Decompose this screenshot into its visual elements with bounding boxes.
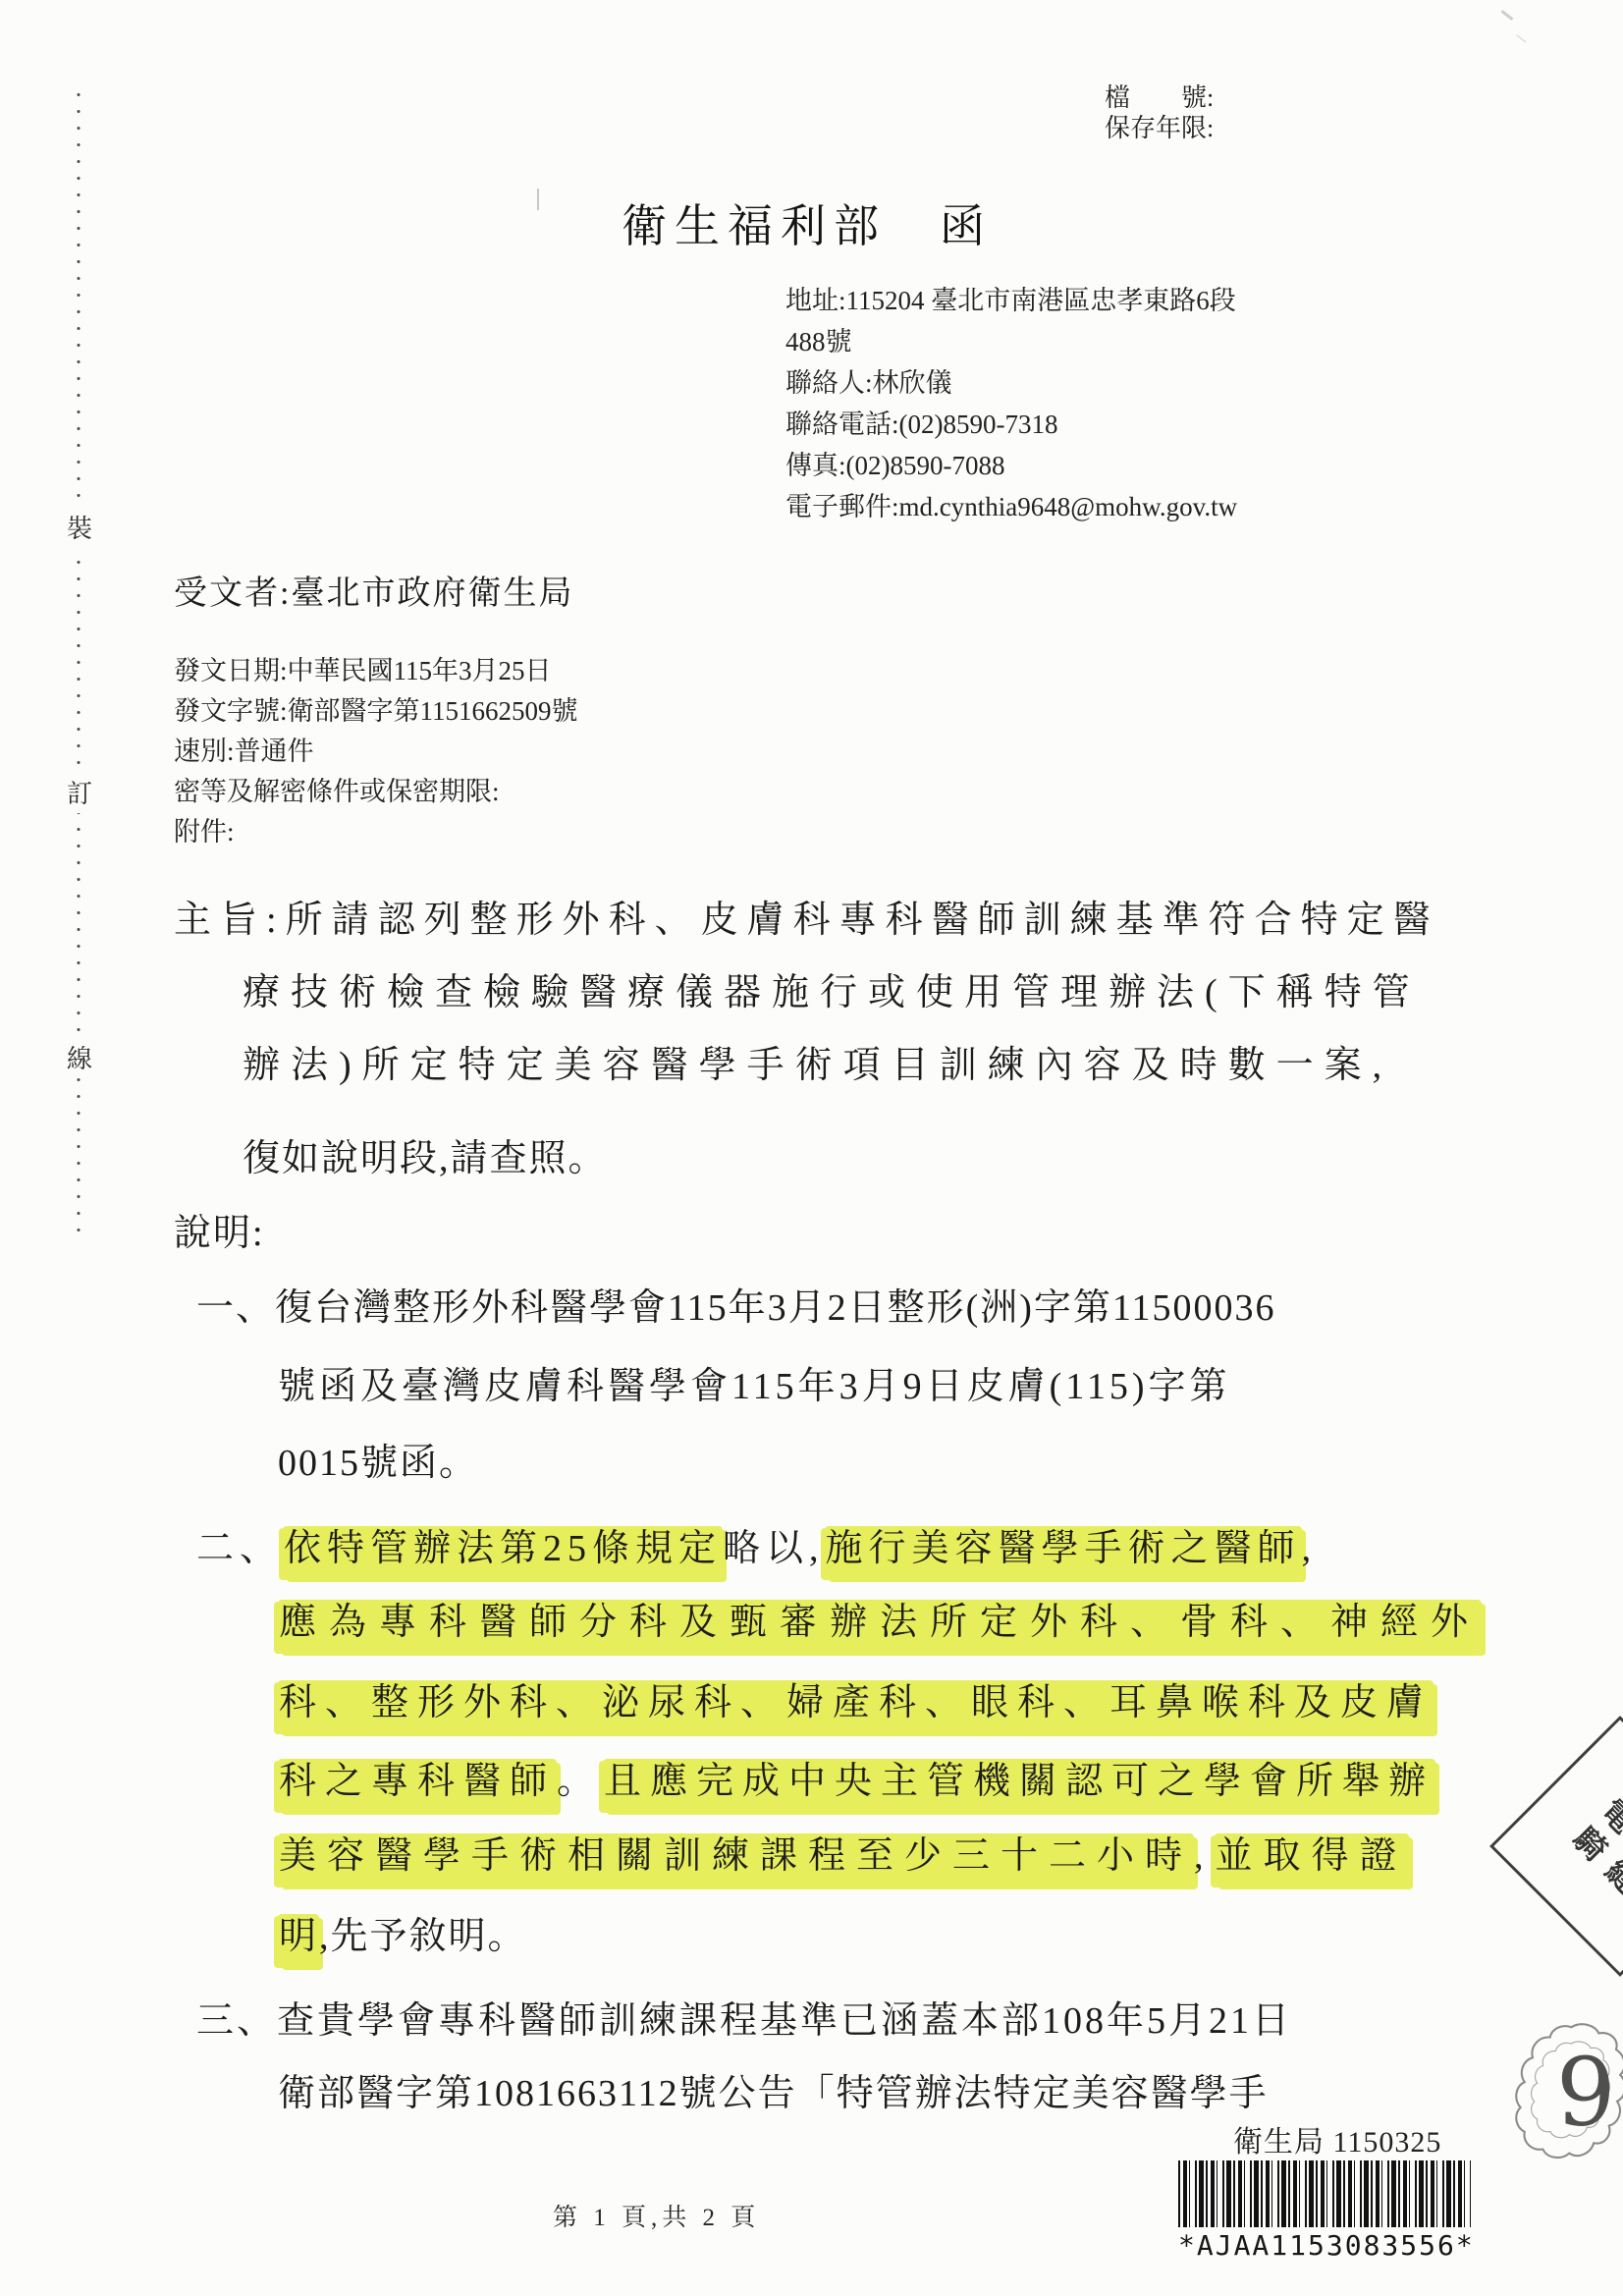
page-number-scribble: 9: [1515, 2021, 1623, 2168]
explanation-item2-line2: 應為專科醫師分科及甄審辦法所定外科、骨科、神經外: [278, 1591, 1482, 1645]
plain-text: ,: [1194, 1835, 1215, 1877]
highlighted-text: 科之專科醫師: [278, 1759, 557, 1811]
highlighted-text: 科、整形外科、泌尿科、婦產科、眼科、耳鼻喉科及皮膚: [278, 1680, 1434, 1732]
highlighted-text: 並取得證: [1215, 1833, 1409, 1886]
contact-phone: 聯絡電話:(02)8590-7318: [785, 404, 1237, 445]
recipient-line: 受文者:臺北市政府衛生局: [174, 566, 573, 614]
issue-date: 發文日期:中華民國115年3月25日: [174, 651, 578, 691]
fold-mark: [537, 189, 539, 210]
subject-line-1: 主旨:所請認列整形外科、皮膚科專科醫師訓練基準符合特定醫: [174, 889, 1439, 943]
fax-number: 傳真:(02)8590-7088: [785, 445, 1237, 486]
document-meta-block: 發文日期:中華民國115年3月25日 發文字號:衛部醫字第1151662509號…: [174, 651, 578, 852]
highlighted-text: 且應完成中央主管機關認可之學會所舉辦: [603, 1759, 1435, 1811]
explanation-item2-line3: 科、整形外科、泌尿科、婦產科、眼科、耳鼻喉科及皮膚: [278, 1671, 1434, 1725]
highlighted-text: 應為專科醫師分科及甄審辦法所定外科、骨科、神經外: [278, 1600, 1482, 1652]
address-line-1: 地址:115204 臺北市南港區忠孝東路6段: [785, 280, 1237, 321]
page-number-info: 第 1 頁,共 2 頁: [553, 2198, 760, 2233]
explanation-item1-line1: 一、復台灣整形外科醫學會115年3月2日整形(洲)字第11500036: [196, 1277, 1276, 1331]
highlighted-text: 美容醫學手術相關訓練課程至少三十二小時: [278, 1833, 1194, 1886]
explanation-item2-line4: 科之專科醫師。且應完成中央主管機關認可之學會所舉辦: [278, 1750, 1435, 1804]
highlighted-text: 依特管辦法第25條規定: [283, 1526, 723, 1578]
plain-text: 二、: [196, 1528, 283, 1569]
explanation-item2-line6: 明,先予敘明。: [278, 1905, 527, 1959]
issue-ref-number: 發文字號:衛部醫字第1151662509號: [174, 691, 578, 732]
highlighted-text: 施行美容醫學手術之醫師: [825, 1526, 1302, 1578]
explanation-item3-line1: 三、查貴學會專科醫師訓練課程基準已涵蓋本部108年5月21日: [196, 1990, 1292, 2044]
document-title: 衛生福利部 函: [622, 191, 993, 255]
plain-text: ,: [1302, 1528, 1318, 1569]
email-address: 電子郵件:md.cynthia9648@mohw.gov.tw: [785, 486, 1237, 527]
explanation-item2-line5: 美容醫學手術相關訓練課程至少三十二小時,並取得證: [278, 1825, 1409, 1879]
barcode-text: *AJAA1153083556*: [1178, 2229, 1475, 2262]
contact-person: 聯絡人:林欣儀: [785, 362, 1237, 404]
document-page: 裝 訂 線 檔 號: 保存年限: 衛生福利部 函 地址:115204 臺北市南港…: [0, 0, 1623, 2296]
subject-line-3: 辦法)所定特定美容醫學手術項目訓練內容及時數一案,: [243, 1034, 1392, 1088]
explanation-item1-line3: 0015號函。: [278, 1432, 478, 1486]
explanation-label: 說明:: [174, 1202, 265, 1256]
pencil-mark: [1501, 10, 1514, 21]
subject-label: 主旨:: [174, 900, 286, 941]
file-number-label: 檔 號:: [1105, 82, 1214, 113]
address-line-2: 488號: [785, 321, 1237, 362]
barcode: [1178, 2160, 1471, 2227]
attachment-label: 附件:: [174, 812, 578, 852]
subject-text: 所請認列整形外科、皮膚科專科醫師訓練基準符合特定醫: [286, 900, 1439, 941]
retention-period-label: 保存年限:: [1105, 113, 1214, 143]
margin-label-ding: 訂: [65, 776, 94, 813]
security-class: 密等及解密條件或保密期限:: [174, 772, 578, 812]
subject-line-4: 復如說明段,請查照。: [243, 1127, 608, 1181]
agency-reference: 衛生局 1150325: [1233, 2117, 1441, 2160]
speed-class: 速別:普通件: [174, 732, 578, 772]
subject-line-2: 療技術檢查檢驗醫療儀器施行或使用管理辦法(下稱特管: [243, 961, 1421, 1015]
margin-label-xian: 線: [65, 1041, 94, 1078]
margin-label-zhuang: 裝: [65, 511, 94, 548]
plain-text: 略以,: [723, 1528, 825, 1569]
plain-text: ,先予敘明。: [319, 1916, 527, 1957]
page-circle-number: 9: [1556, 2040, 1616, 2148]
explanation-item2-line1: 二、依特管辦法第25條規定略以,施行美容醫學手術之醫師,: [196, 1517, 1317, 1571]
sender-contact-block: 地址:115204 臺北市南港區忠孝東路6段 488號 聯絡人:林欣儀 聯絡電話…: [785, 280, 1237, 527]
scribble-circle-icon: 9: [1515, 2021, 1623, 2163]
file-header: 檔 號: 保存年限:: [1105, 82, 1214, 143]
electronic-seam-stamp: 電文 騎縫: [1489, 1716, 1623, 1977]
highlighted-text: 明: [278, 1914, 319, 1966]
explanation-item1-line2: 號函及臺灣皮膚科醫學會115年3月9日皮膚(115)字第: [278, 1355, 1231, 1409]
plain-text: 。: [557, 1761, 603, 1802]
explanation-item3-line2: 衛部醫字第1081663112號公告「特管辦法特定美容醫學手: [278, 2062, 1269, 2116]
